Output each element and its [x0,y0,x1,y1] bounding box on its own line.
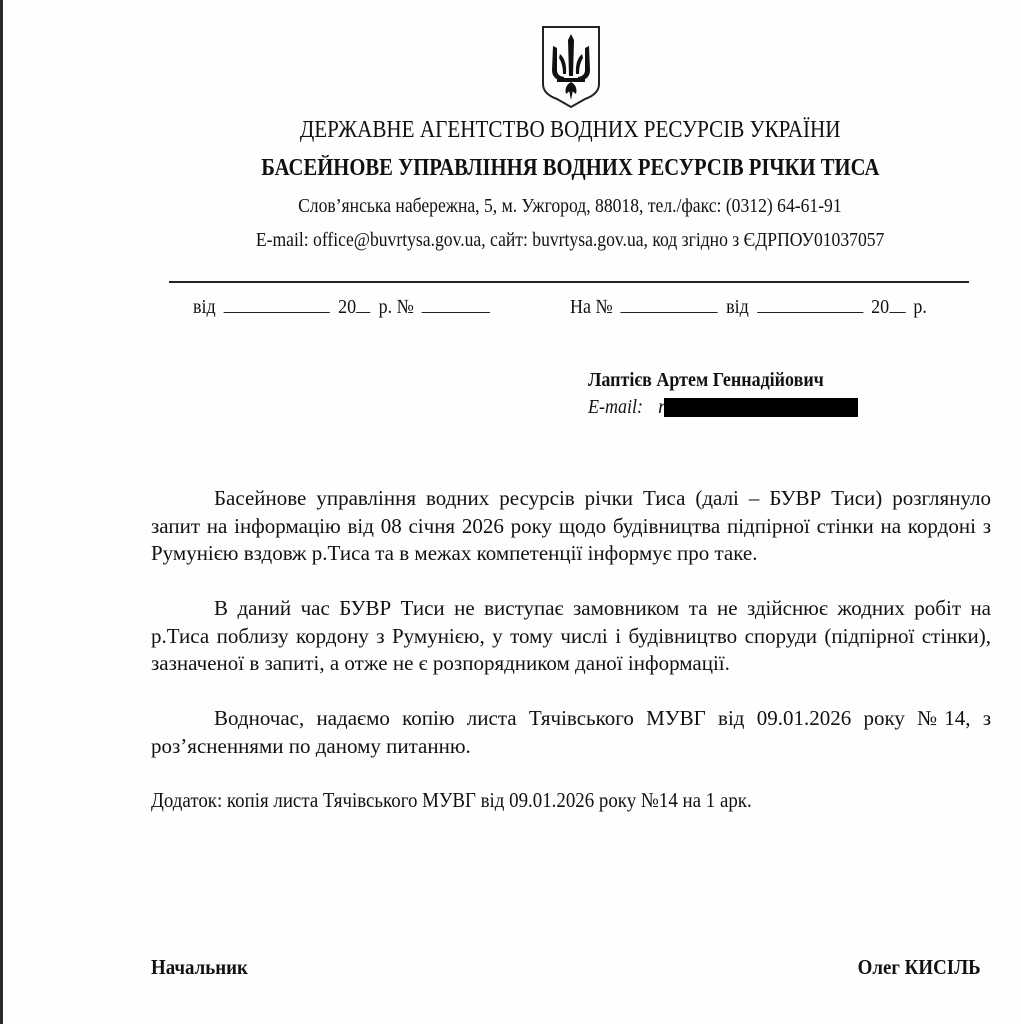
signatory-title-text: Начальник [151,955,248,980]
body-paragraph-3: Водночас, надаємо копію листа Тячівськог… [151,705,991,760]
body-paragraph-3-text: Водночас, надаємо копію листа Тячівськог… [151,705,991,760]
redacted-email-bar [664,398,858,417]
incoming-number-blank [621,296,718,313]
signatory-title: Начальник [151,955,259,980]
recipient-email-label: E-mail: [588,396,649,419]
department-name-text: БАСЕЙНОВЕ УПРАВЛІННЯ ВОДНИХ РЕСУРСІВ РІЧ… [261,155,879,182]
outgoing-date-blank [224,296,330,313]
letterhead-address-text: Слов’янська набережна, 5, м. Ужгород, 88… [298,195,842,218]
incoming-from-label: від [726,296,749,318]
body-paragraph-2: В даний час БУВР Тиси не виступає замовн… [151,595,991,678]
signatory-name-text: Олег КИСІЛЬ [858,955,981,980]
department-name: БАСЕЙНОВЕ УПРАВЛІННЯ ВОДНИХ РЕСУРСІВ РІЧ… [3,155,1021,182]
body-paragraph-2-text: В даний час БУВР Тиси не виступає замовн… [151,595,991,678]
incoming-year-suffix: р. [913,296,927,318]
incoming-registration: На № від 20 р. [570,296,967,319]
body-paragraph-1: Басейнове управління водних ресурсів річ… [151,485,991,568]
attachment-note-text: Додаток: копія листа Тячівського МУВГ ві… [151,788,752,813]
agency-name-text: ДЕРЖАВНЕ АГЕНТСТВО ВОДНИХ РЕСУРСІВ УКРАЇ… [300,117,841,144]
outgoing-from-label: від [193,296,216,318]
outgoing-registration: від 20 р. № [193,296,527,319]
attachment-note: Додаток: копія листа Тячівського МУВГ ві… [151,788,818,813]
document-page: ДЕРЖАВНЕ АГЕНТСТВО ВОДНИХ РЕСУРСІВ УКРАЇ… [3,0,1021,1024]
letterhead-address: Слов’янська набережна, 5, м. Ужгород, 88… [3,195,1021,218]
letterhead-contacts-text: E-mail: office@buvrtysa.gov.ua, сайт: bu… [256,229,885,252]
incoming-year-prefix: 20 [871,296,889,318]
incoming-date-blank [757,296,863,313]
recipient-name: Лаптієв Артем Геннадійович [588,369,850,392]
letterhead-contacts: E-mail: office@buvrtysa.gov.ua, сайт: bu… [3,229,1021,252]
agency-name: ДЕРЖАВНЕ АГЕНТСТВО ВОДНИХ РЕСУРСІВ УКРАЇ… [3,117,1021,144]
outgoing-year-blank [356,296,370,313]
outgoing-number-label: р. № [379,296,414,318]
incoming-year-blank [889,296,905,313]
incoming-number-label: На № [570,296,613,318]
outgoing-number-blank [422,296,490,313]
signatory-name: Олег КИСІЛЬ [844,955,981,980]
recipient-email-label-text: E-mail: [588,396,643,419]
recipient-name-text: Лаптієв Артем Геннадійович [588,369,824,392]
body-paragraph-1-text: Басейнове управління водних ресурсів річ… [151,485,991,568]
outgoing-year-prefix: 20 [338,296,356,318]
ukraine-trident-coat-of-arms-icon [540,24,602,110]
letterhead-divider [169,281,969,283]
